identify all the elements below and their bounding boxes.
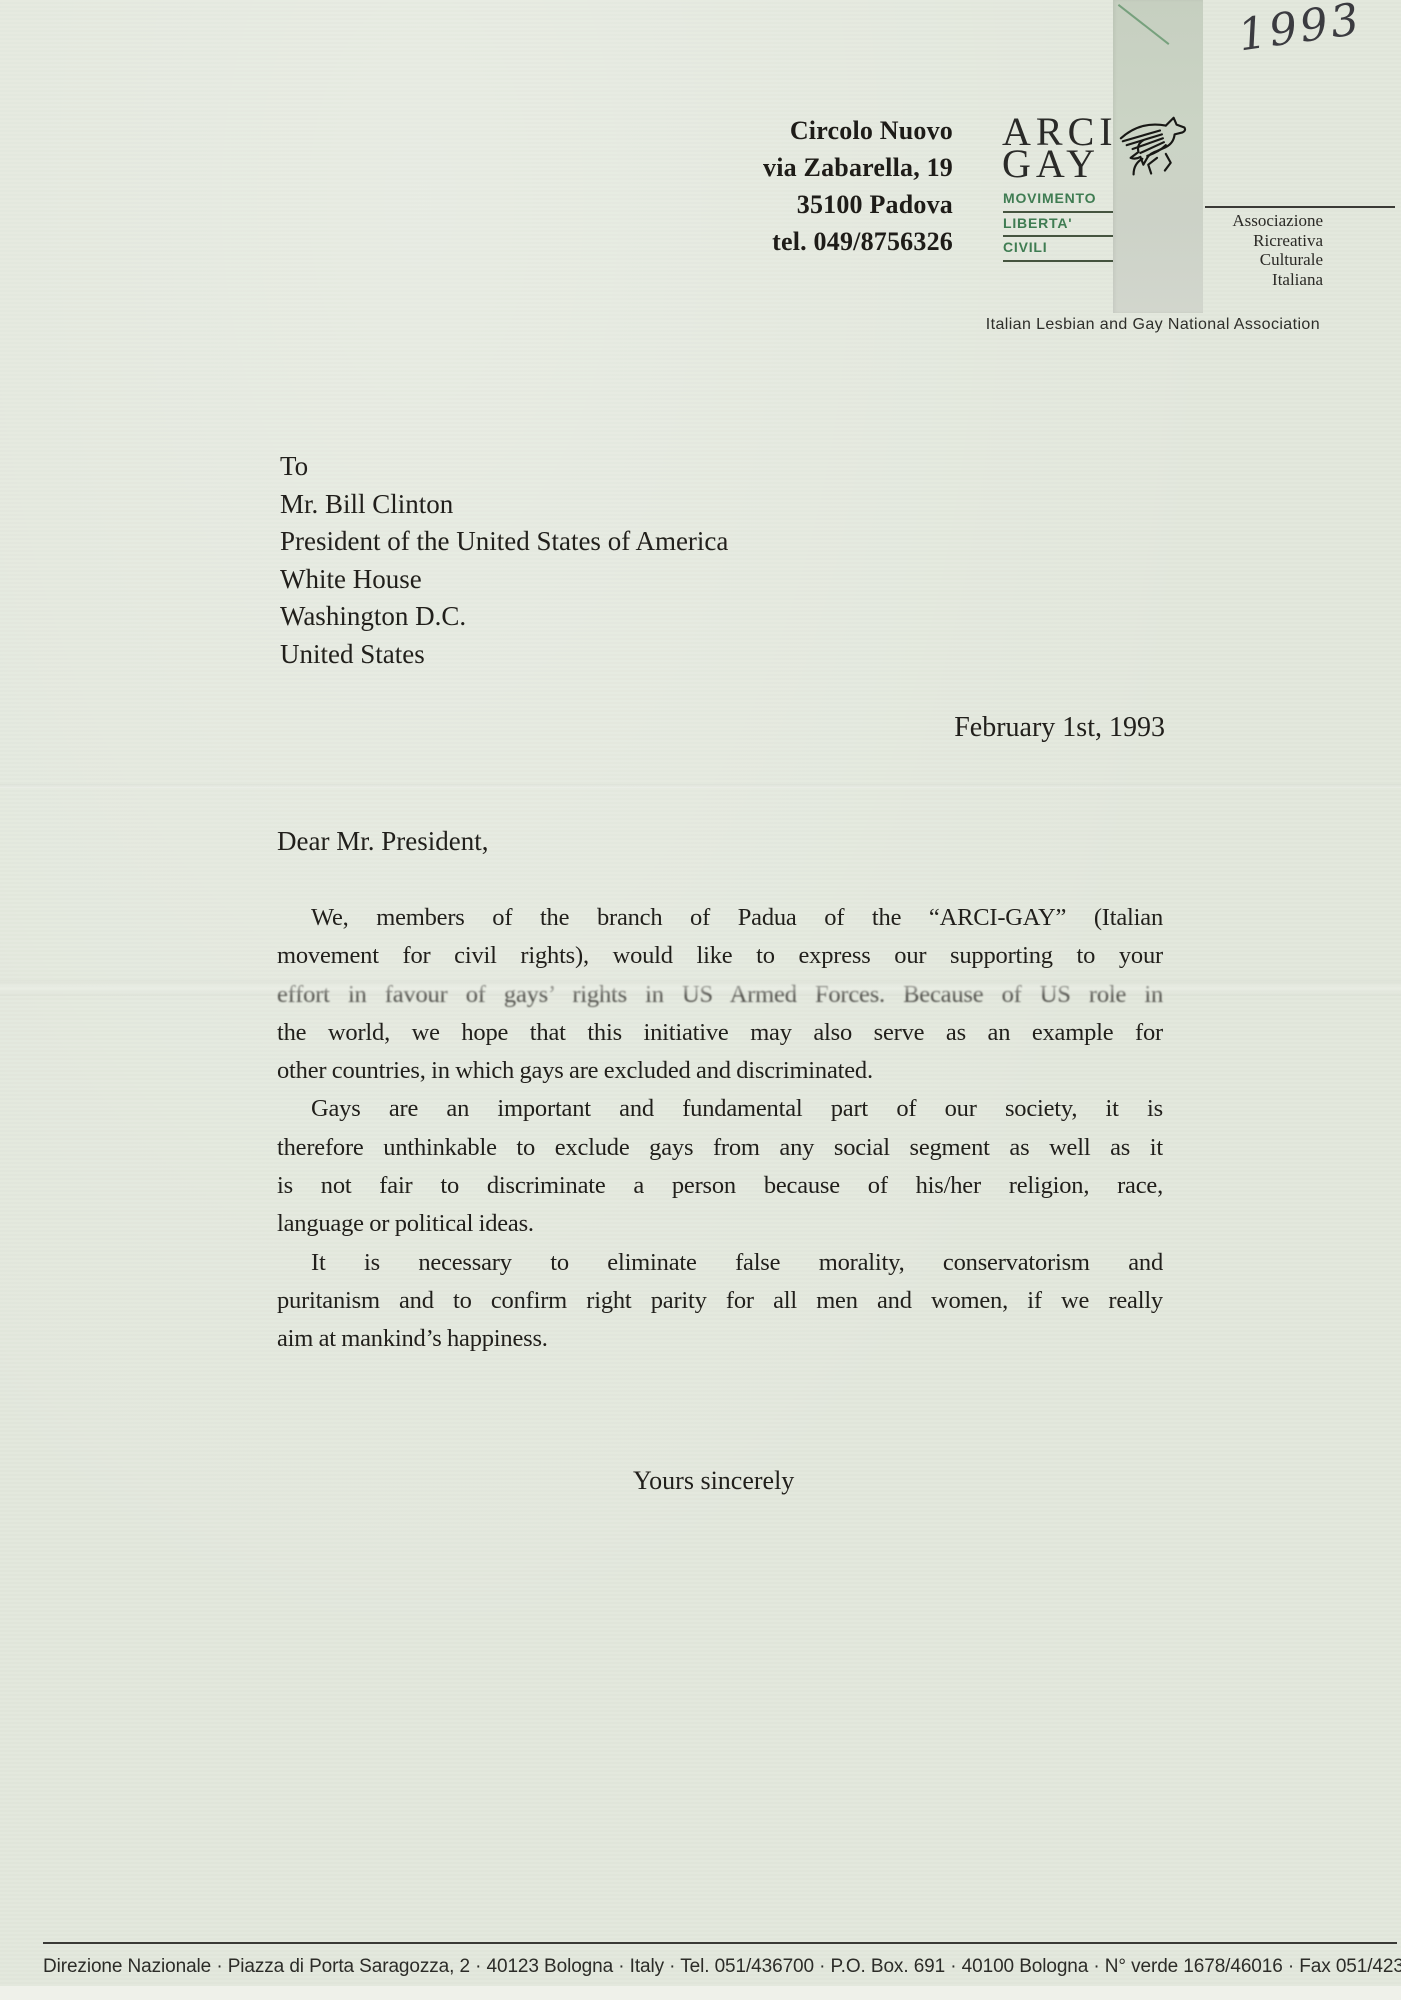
association-line: Culturale — [1232, 250, 1323, 270]
body-line: aim at mankind’s happiness. — [277, 1320, 1163, 1358]
body-line: other countries, in which gays are exclu… — [277, 1052, 1163, 1090]
body-line: It is necessary to eliminate false moral… — [277, 1244, 1163, 1282]
body-line: the world, we hope that this initiative … — [277, 1014, 1163, 1052]
closing-line: Yours sincerely — [633, 1466, 794, 1496]
handwritten-year-annotation: 1993 — [1235, 0, 1365, 61]
sender-address-block: Circolo Nuovo via Zabarella, 19 35100 Pa… — [763, 112, 953, 260]
pen-streak — [1118, 4, 1170, 45]
recipient-line: To — [280, 448, 728, 486]
footer-divider — [43, 1942, 1397, 1944]
sender-street: via Zabarella, 19 — [763, 149, 953, 186]
recipient-line: United States — [280, 636, 728, 674]
recipient-line: Mr. Bill Clinton — [280, 486, 728, 524]
movimento-liberta-civili-labels: MOVIMENTOLIBERTA'CIVILI — [1003, 188, 1113, 262]
recipient-line: White House — [280, 561, 728, 599]
sender-name: Circolo Nuovo — [763, 112, 953, 149]
body-line: We, members of the branch of Padua of th… — [277, 899, 1163, 937]
date-line: February 1st, 1993 — [954, 712, 1165, 744]
association-line: Ricreativa — [1232, 231, 1323, 251]
salutation: Dear Mr. President, — [277, 826, 488, 857]
fold-crease — [0, 784, 1401, 788]
arcigay-wordmark: ARCI GAY — [1002, 116, 1118, 180]
logo-label: LIBERTA' — [1003, 213, 1113, 238]
footer-contact-line: Direzione Nazionale · Piazza di Porta Sa… — [43, 1956, 1401, 1978]
sender-city: 35100 Padova — [763, 186, 953, 223]
body-line: Gays are an important and fundamental pa… — [277, 1090, 1163, 1128]
logo-label: MOVIMENTO — [1003, 188, 1113, 213]
body-line: effort in favour of gays’ rights in US A… — [277, 976, 1163, 1014]
recipient-address-block: ToMr. Bill ClintonPresident of the Unite… — [280, 448, 728, 673]
letter-page: 1993 Circolo Nuovo via Zabarella, 19 351… — [0, 0, 1401, 2000]
body-line: puritanism and to confirm right parity f… — [277, 1282, 1163, 1320]
association-divider — [1205, 206, 1395, 208]
letter-body: We, members of the branch of Padua of th… — [277, 899, 1163, 1359]
logo-label: CIVILI — [1003, 237, 1113, 262]
association-line: Associazione — [1232, 211, 1323, 231]
association-name-block: AssociazioneRicreativaCulturaleItaliana — [1232, 211, 1323, 289]
body-line: therefore unthinkable to exclude gays fr… — [277, 1129, 1163, 1167]
page-bottom-edge — [0, 1986, 1401, 2000]
pegasus-logo-icon — [1115, 112, 1201, 190]
recipient-line: Washington D.C. — [280, 598, 728, 636]
letterhead-green-band — [1113, 0, 1203, 313]
association-subtitle: Italian Lesbian and Gay National Associa… — [986, 316, 1320, 334]
sender-phone: tel. 049/8756326 — [763, 223, 953, 260]
body-line: is not fair to discriminate a person bec… — [277, 1167, 1163, 1205]
body-line: language or political ideas. — [277, 1205, 1163, 1243]
recipient-line: President of the United States of Americ… — [280, 523, 728, 561]
body-line: movement for civil rights), would like t… — [277, 937, 1163, 975]
association-line: Italiana — [1232, 270, 1323, 290]
